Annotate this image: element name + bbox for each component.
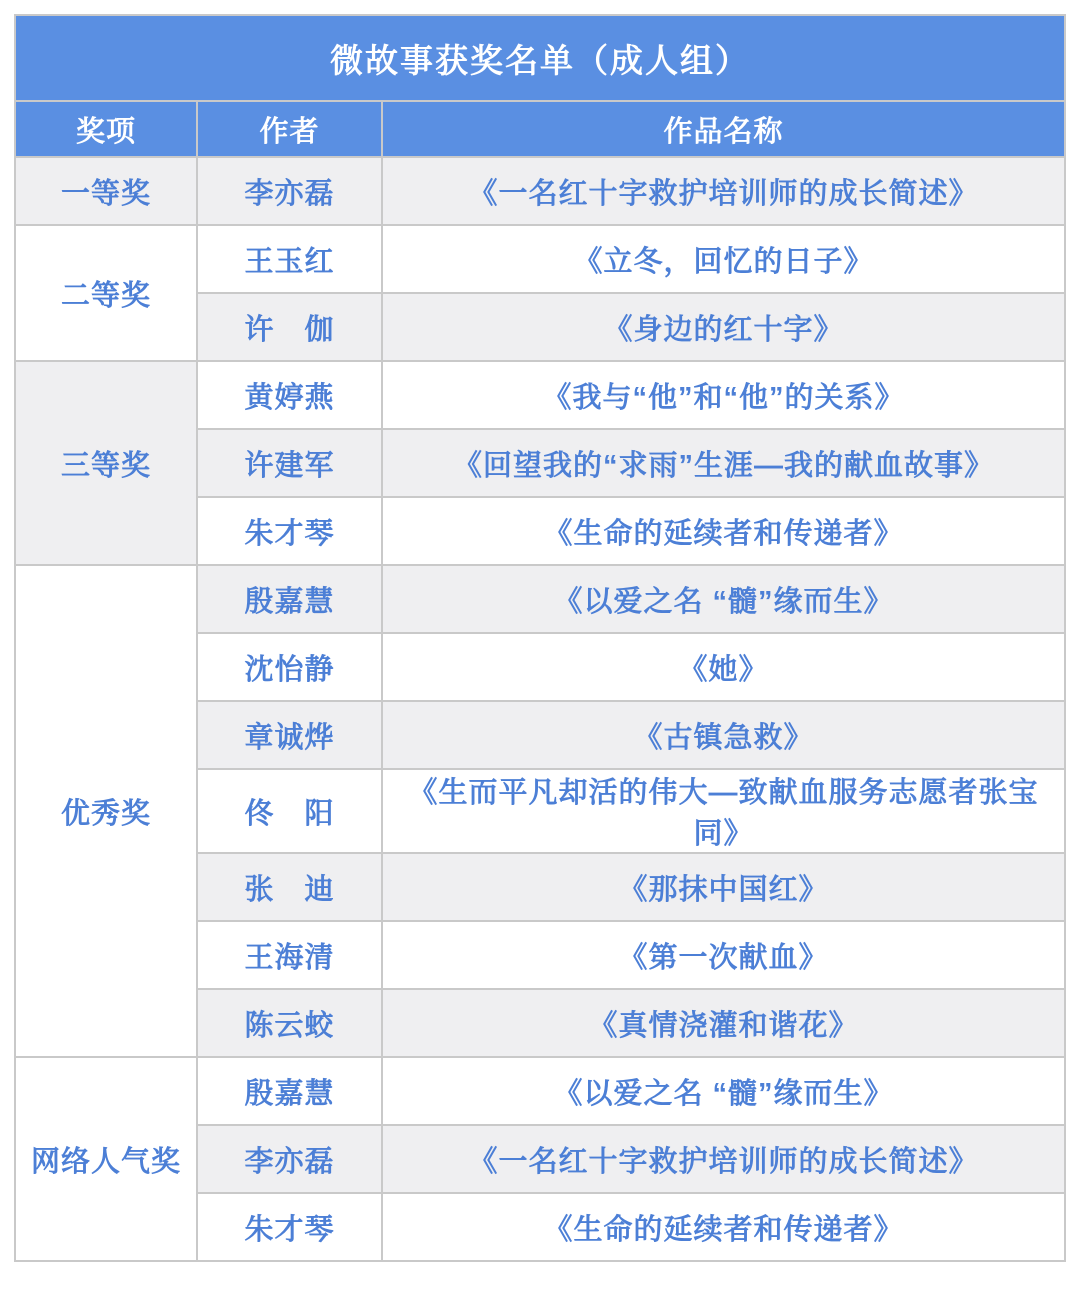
table-row: 网络人气奖 殷嘉慧 《以爱之名 “髓”缘而生》 xyxy=(15,1057,1065,1125)
author-cell: 章诚烨 xyxy=(197,701,382,769)
author-cell: 佟 阳 xyxy=(197,769,382,853)
award-cell: 三等奖 xyxy=(15,361,197,565)
column-header-award: 奖项 xyxy=(15,101,197,157)
work-cell: 《回望我的“求雨”生涯—我的献血故事》 xyxy=(382,429,1065,497)
table-row: 三等奖 黄婷燕 《我与“他”和“他”的关系》 xyxy=(15,361,1065,429)
table-row: 优秀奖 殷嘉慧 《以爱之名 “髓”缘而生》 xyxy=(15,565,1065,633)
author-cell: 王玉红 xyxy=(197,225,382,293)
page: 微故事获奖名单（成人组） 奖项 作者 作品名称 一等奖 李亦磊 《一名红十字救护… xyxy=(0,0,1080,1292)
work-cell: 《一名红十字救护培训师的成长简述》 xyxy=(382,157,1065,225)
work-cell: 《以爱之名 “髓”缘而生》 xyxy=(382,1057,1065,1125)
author-cell: 王海清 xyxy=(197,921,382,989)
award-cell: 二等奖 xyxy=(15,225,197,361)
awards-table: 微故事获奖名单（成人组） 奖项 作者 作品名称 一等奖 李亦磊 《一名红十字救护… xyxy=(14,14,1066,1262)
title-row: 微故事获奖名单（成人组） xyxy=(15,15,1065,101)
author-cell: 李亦磊 xyxy=(197,1125,382,1193)
work-cell: 《第一次献血》 xyxy=(382,921,1065,989)
author-cell: 朱才琴 xyxy=(197,1193,382,1261)
author-cell: 许 伽 xyxy=(197,293,382,361)
work-cell: 《她》 xyxy=(382,633,1065,701)
column-header-author: 作者 xyxy=(197,101,382,157)
work-cell: 《那抹中国红》 xyxy=(382,853,1065,921)
author-cell: 陈云蛟 xyxy=(197,989,382,1057)
work-cell: 《我与“他”和“他”的关系》 xyxy=(382,361,1065,429)
work-cell: 《真情浇灌和谐花》 xyxy=(382,989,1065,1057)
author-cell: 朱才琴 xyxy=(197,497,382,565)
author-cell: 黄婷燕 xyxy=(197,361,382,429)
author-cell: 张 迪 xyxy=(197,853,382,921)
table-row: 一等奖 李亦磊 《一名红十字救护培训师的成长简述》 xyxy=(15,157,1065,225)
work-cell: 《一名红十字救护培训师的成长简述》 xyxy=(382,1125,1065,1193)
work-cell: 《生命的延续者和传递者》 xyxy=(382,1193,1065,1261)
award-cell: 网络人气奖 xyxy=(15,1057,197,1261)
award-cell: 优秀奖 xyxy=(15,565,197,1057)
award-cell: 一等奖 xyxy=(15,157,197,225)
author-cell: 殷嘉慧 xyxy=(197,1057,382,1125)
column-header-work: 作品名称 xyxy=(382,101,1065,157)
column-header-row: 奖项 作者 作品名称 xyxy=(15,101,1065,157)
work-cell: 《生命的延续者和传递者》 xyxy=(382,497,1065,565)
work-cell: 《身边的红十字》 xyxy=(382,293,1065,361)
work-cell: 《生而平凡却活的伟大—致献血服务志愿者张宝同》 xyxy=(382,769,1065,853)
author-cell: 殷嘉慧 xyxy=(197,565,382,633)
work-cell: 《以爱之名 “髓”缘而生》 xyxy=(382,565,1065,633)
table-row: 二等奖 王玉红 《立冬，回忆的日子》 xyxy=(15,225,1065,293)
work-cell: 《古镇急救》 xyxy=(382,701,1065,769)
author-cell: 沈怡静 xyxy=(197,633,382,701)
author-cell: 李亦磊 xyxy=(197,157,382,225)
author-cell: 许建军 xyxy=(197,429,382,497)
work-cell: 《立冬，回忆的日子》 xyxy=(382,225,1065,293)
table-title: 微故事获奖名单（成人组） xyxy=(15,15,1065,101)
